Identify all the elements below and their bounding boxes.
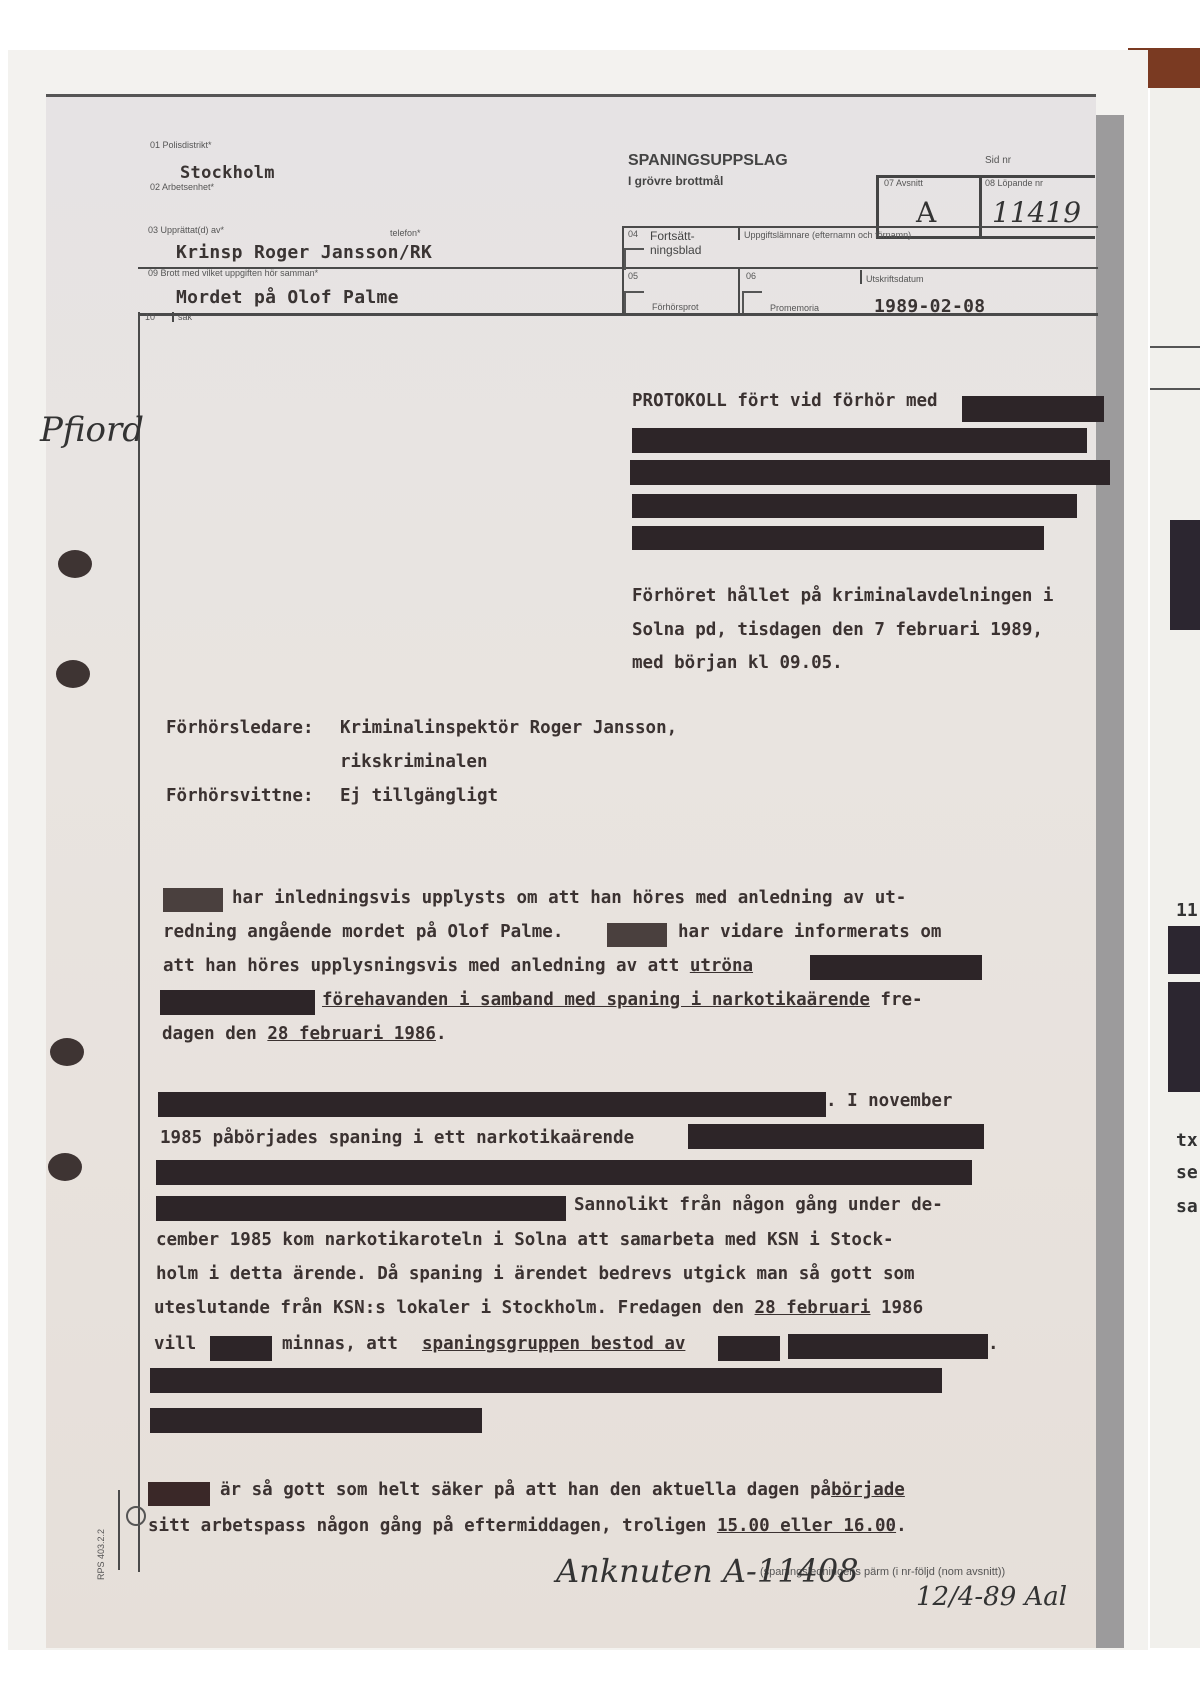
field-07-label: 07 Avsnitt (884, 178, 923, 188)
text-span: 1986 (870, 1298, 923, 1318)
redaction (962, 396, 1104, 422)
witness-value: Ej tillgängligt (340, 786, 498, 806)
redaction (718, 1336, 780, 1361)
field-02-label: 02 Arbetsenhet* (150, 182, 214, 192)
protocol-heading-rest: fört vid förhör med (727, 391, 938, 411)
back-page-text: se (1176, 1162, 1198, 1183)
utskriftsdatum-label: Utskriftsdatum (866, 274, 924, 284)
paragraph-line: Sannolikt från någon gång under de- (574, 1195, 943, 1215)
utskriftsdatum-value: 1989-02-08 (874, 296, 985, 317)
punch-hole (56, 660, 90, 688)
field-10-label: 10 (145, 312, 155, 322)
form-tick (738, 228, 740, 240)
underlined-text: utröna (690, 956, 753, 976)
form-title: SPANINGSUPPSLAG (628, 152, 788, 170)
field-03-value: Krinsp Roger Jansson/RK (176, 242, 432, 263)
underlying-page: 11 tx se sa (1150, 88, 1200, 1648)
field-06-label: 06 (746, 271, 756, 281)
redaction (632, 428, 1087, 453)
leader-value-2: rikskriminalen (340, 752, 488, 772)
punch-hole (50, 1038, 84, 1066)
back-page-text: tx (1176, 1130, 1198, 1151)
paragraph-line: har inledningsvis upplysts om att han hö… (232, 888, 906, 908)
paragraph-line: att han höres upplysningsvis med anledni… (163, 956, 753, 976)
paragraph-line: 1985 påbörjades spaning i ett narkotikaä… (160, 1128, 634, 1148)
protocol-heading: PROTOKOLL fört vid förhör med (632, 391, 938, 411)
punch-hole (48, 1153, 82, 1181)
paragraph-line: förehavanden i samband med spaning i nar… (322, 990, 923, 1010)
field-03-label: 03 Upprättat(d) av* (148, 225, 224, 235)
binder-hole-mark (126, 1506, 146, 1526)
text-span: är så gott som helt säker på att han den… (220, 1480, 831, 1500)
field-01-value: Stockholm (180, 163, 275, 183)
field-10-tick (172, 312, 174, 322)
protocol-prefix: PROTOKOLL (632, 391, 727, 411)
underlined-text: 28 februari (755, 1298, 871, 1318)
underlined-text: spaningsgruppen bestod av (422, 1334, 685, 1354)
paragraph-line: cember 1985 kom narkotikaroteln i Solna … (156, 1230, 894, 1250)
sid-label: Sid nr (985, 155, 1011, 166)
back-page-text: sa (1176, 1196, 1198, 1217)
form-tick (860, 270, 862, 284)
field-05-text: Förhörsprot (652, 302, 699, 312)
paragraph-line: dagen den 28 februari 1986. (162, 1024, 446, 1044)
field-09-value: Mordet på Olof Palme (176, 287, 399, 308)
redaction (607, 923, 667, 947)
underlined-text: förehavanden i samband med spaning i nar… (322, 990, 870, 1010)
redaction (210, 1336, 272, 1361)
margin-line (138, 312, 140, 1572)
page-edge-shadow (1096, 115, 1124, 1648)
redaction (148, 1482, 210, 1506)
redaction (158, 1092, 826, 1117)
handwritten-date: 12/4-89 Aal (916, 1582, 1067, 1612)
leader-label: Förhörsledare: (166, 718, 314, 738)
underlined-text: 28 februari 1986 (267, 1024, 436, 1044)
field-07-value: A (916, 196, 936, 229)
witness-label: Förhörsvittne: (166, 786, 314, 806)
redaction (632, 494, 1077, 518)
punch-hole (58, 550, 92, 578)
text-span: dagen den (162, 1024, 267, 1044)
forhorsprot-checkbox[interactable] (624, 291, 644, 313)
field-04-label: 04 (628, 229, 638, 239)
location-line: Solna pd, tisdagen den 7 februari 1989, (632, 620, 1043, 640)
redaction (788, 1334, 988, 1359)
paragraph-line: vill (154, 1334, 196, 1354)
paragraph-line: redning angående mordet på Olof Palme. (163, 922, 563, 942)
redaction (150, 1368, 942, 1393)
leader-value: Kriminalinspektör Roger Jansson, (340, 718, 677, 738)
field-05-label: 05 (628, 271, 638, 281)
redaction (156, 1196, 566, 1221)
paragraph-line: uteslutande från KSN:s lokaler i Stockho… (154, 1298, 923, 1318)
form-subtitle: I grövre brottmål (628, 174, 723, 188)
fortsattningsblad-checkbox[interactable] (624, 248, 644, 270)
field-08-value: 11419 (992, 196, 1081, 229)
promemoria-checkbox[interactable] (742, 291, 762, 313)
form-code: RPS 403.2.2 (96, 1529, 106, 1580)
field-09-label: 09 Brott med vilket uppgiften hör samman… (148, 268, 318, 278)
redaction (688, 1124, 984, 1149)
redaction (810, 955, 982, 980)
location-line: Förhöret hållet på kriminalavdelningen i (632, 586, 1053, 606)
field-01-label: 01 Polisdistrikt* (150, 140, 212, 150)
text-span: . (896, 1516, 907, 1536)
redaction (163, 888, 223, 912)
text-span: att han höres upplysningsvis med anledni… (163, 956, 679, 976)
field-04-text: ningsblad (650, 243, 701, 257)
paragraph-line: har vidare informerats om (678, 922, 941, 942)
form-divider (622, 226, 1098, 228)
telefon-label: telefon* (390, 228, 421, 238)
handwritten-reference: Anknuten A-11408 (556, 1552, 859, 1590)
redaction (150, 1408, 482, 1433)
field-06-text: Promemoria (770, 303, 819, 313)
paragraph-line: minnas, att (282, 1334, 398, 1354)
redaction (156, 1160, 972, 1185)
paragraph-line: . (988, 1334, 999, 1354)
redaction (160, 990, 315, 1015)
field-08-label: 08 Löpande nr (985, 178, 1043, 188)
paragraph-line: holm i detta ärende. Då spaning i ärende… (156, 1264, 915, 1284)
text-span: sitt arbetspass någon gång på eftermidda… (148, 1516, 717, 1536)
page-top-border (46, 94, 1096, 97)
field-10-sub: sak (178, 312, 192, 322)
paragraph-line: är så gott som helt säker på att han den… (220, 1480, 905, 1500)
location-line: med början kl 09.05. (632, 653, 843, 673)
underlined-text: började (831, 1480, 905, 1500)
field-04-text: Fortsätt- (650, 229, 695, 243)
paragraph-line: sitt arbetspass någon gång på eftermidda… (148, 1516, 907, 1536)
underlined-text: 15.00 eller 16.00 (717, 1516, 896, 1536)
back-page-text: 11 (1176, 900, 1198, 921)
text-span: fre- (870, 990, 923, 1010)
form-divider (738, 268, 740, 315)
redaction (632, 526, 1044, 550)
margin-handwriting: Pfiord (40, 410, 144, 450)
text-span: uteslutande från KSN:s lokaler i Stockho… (154, 1298, 755, 1318)
uppgiftslamnare-label: Uppgiftslämnare (efternamn och förnamn) (744, 230, 911, 240)
margin-line (118, 1490, 120, 1570)
paragraph-line: . I november (826, 1091, 952, 1111)
text-span: . (436, 1024, 447, 1044)
redaction (630, 460, 1110, 485)
